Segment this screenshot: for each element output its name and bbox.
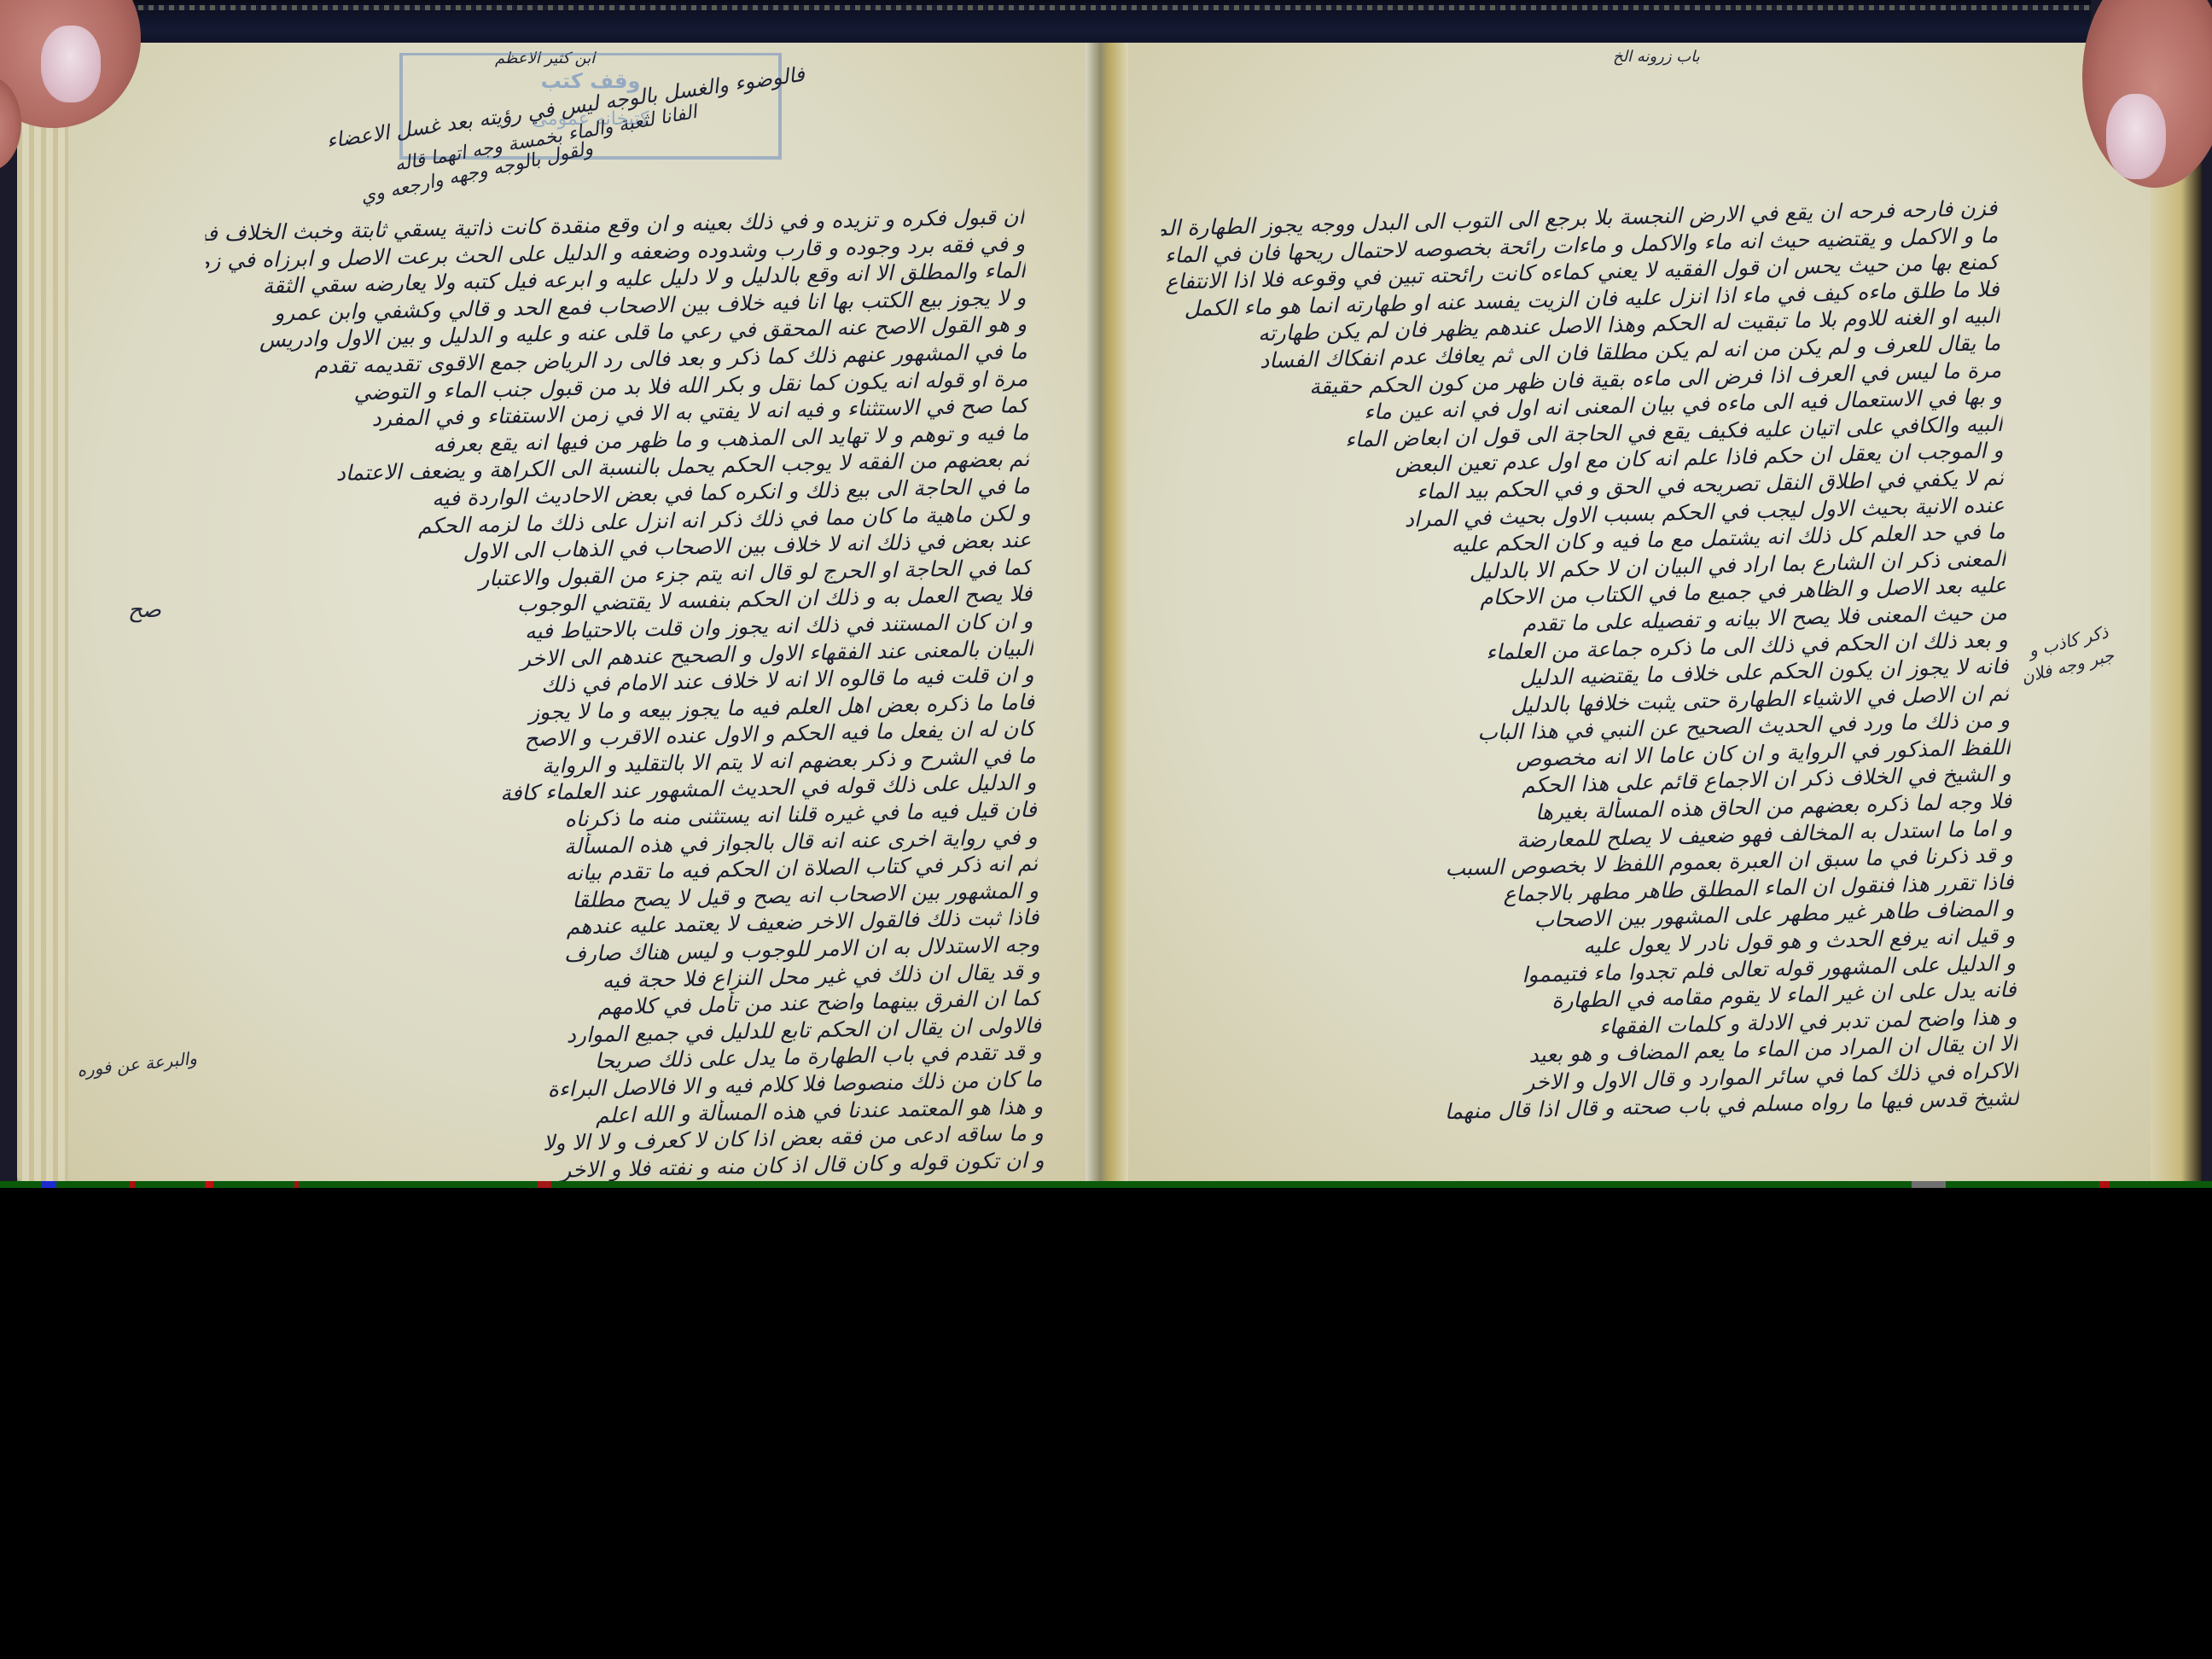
right-top-note: باب زرونه الخ <box>1613 48 1700 66</box>
glitch-pixel <box>2099 1181 2110 1188</box>
left-fingernail <box>41 26 101 102</box>
left-margin-note-sah: صح <box>128 597 161 623</box>
glitch-pixel <box>294 1181 299 1188</box>
right-fingernail <box>2106 94 2166 179</box>
left-page-text: ان قبول فكره و تزيده و في ذلك بعينه و ان… <box>205 203 1045 1181</box>
book-gutter <box>1086 43 1128 1181</box>
glitch-pixel <box>538 1181 551 1188</box>
image-glitch-band <box>0 1181 2212 1188</box>
glitch-pixel <box>1912 1181 1946 1188</box>
black-empty-region <box>0 1188 2212 1659</box>
glitch-pixel <box>41 1181 56 1188</box>
right-page-text: فزن فارحه فرحه ان يقع في الارض النجسة بل… <box>1161 195 2019 1132</box>
glitch-pixel <box>130 1181 135 1188</box>
manuscript-photo: ابن كثير الاعظم باب زرونه الخ وقف كتب كت… <box>0 0 2212 1181</box>
glitch-pixel <box>205 1181 213 1188</box>
